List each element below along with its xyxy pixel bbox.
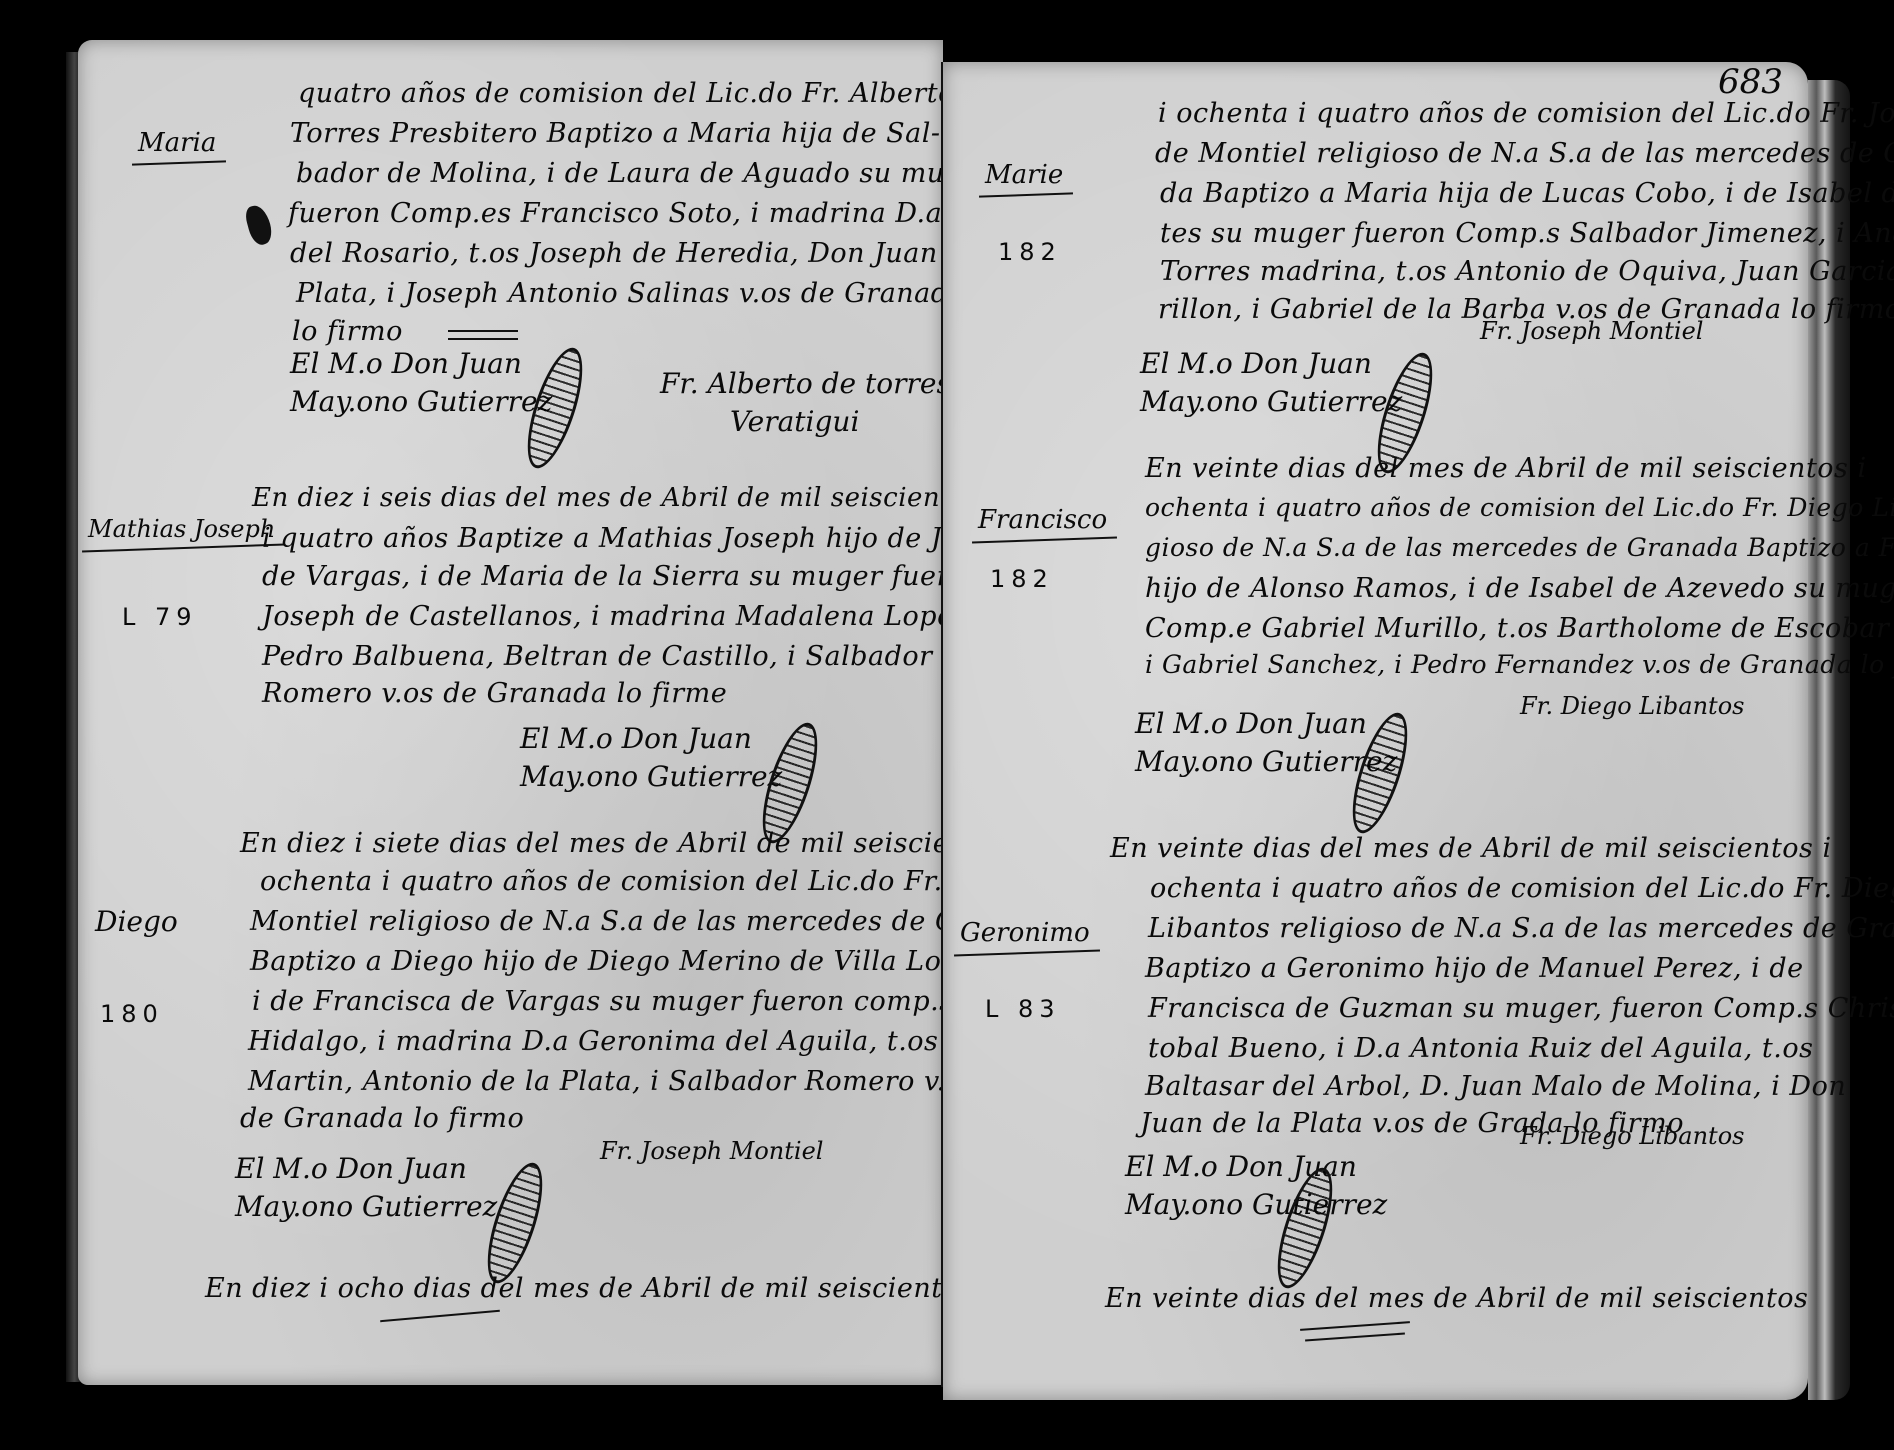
entry-line: i de Francisca de Vargas su muger fueron… [252,988,1061,1015]
signature-block: Fr. Joseph Montiel [600,1135,823,1167]
entry-line: Torres Presbitero Baptizo a Maria hija d… [290,120,941,147]
entry-line: i Gabriel Sanchez, i Pedro Fernandez v.o… [1145,652,1894,677]
entry-line: En veinte dias del mes de Abril de mil s… [1110,835,1832,862]
signature-line: Fr. Alberto de torres [660,365,951,403]
signature-line: El M.o Don Juan [1135,705,1397,743]
entry-line: Martin, Antonio de la Plata, i Salbador … [248,1068,977,1095]
signature-line: Fr. Joseph Montiel [600,1135,823,1167]
entry-line: i ochenta i quatro años de comision del … [1158,100,1894,127]
signature-line: El M.o Don Juan [235,1150,497,1188]
entry-line: i quatro años Baptize a Mathias Joseph h… [262,525,1025,552]
margin-entry-number: 182 [998,238,1062,266]
entry-line: tes su muger fueron Comp.s Salbador Jime… [1160,220,1894,247]
entry-line: En veinte dias del mes de Abril de mil s… [1145,455,1867,482]
signature-block: El M.o Don Juan May.ono Gutierrez [235,1150,497,1226]
signature-block: El M.o Don Juan May.ono Gutierrez [520,720,782,796]
margin-note-geronimo: Geronimo [960,918,1090,948]
entry-line: Hidalgo, i madrina D.a Geronima del Agui… [248,1028,1030,1055]
entry-line: En diez i ocho dias del mes de Abril de … [205,1275,992,1302]
entry-line: de Montiel religioso de N.a S.a de las m… [1155,140,1894,167]
page-number: 683 [1718,62,1783,102]
entry-line: Romero v.os de Granada lo firme [262,680,727,707]
entry-line: ochenta i quatro años de comision del Li… [1150,875,1894,902]
signature-block: Fr. Alberto de torres Veratigui [660,365,951,441]
margin-note-marie: Marie [985,160,1063,190]
signature-line: Fr. Joseph Montiel [1480,315,1703,347]
signature-line: May.ono Gutierrez [1125,1186,1387,1224]
margin-note-francisco: Francisco [978,505,1107,535]
signature-block: Fr. Joseph Montiel [1480,315,1703,347]
entry-line: hijo de Alonso Ramos, i de Isabel de Aze… [1145,575,1894,602]
signature-block: El M.o Don Juan May.ono Gutierrez [1125,1148,1387,1224]
closing-rule [448,338,518,340]
entry-line: gioso de N.a S.a de las mercedes de Gran… [1145,535,1894,560]
signature-block: El M.o Don Juan May.ono Gutierrez [290,345,552,421]
signature-block: El M.o Don Juan May.ono Gutierrez [1140,345,1402,421]
signature-line: May.ono Gutierrez [290,383,552,421]
entry-line: Francisca de Guzman su muger, fueron Com… [1148,995,1894,1022]
entry-line: Comp.e Gabriel Murillo, t.os Bartholome … [1145,615,1890,642]
entry-line: Montiel religioso de N.a S.a de las merc… [250,908,1056,935]
entry-line: del Rosario, t.os Joseph de Heredia, Don… [290,240,1016,267]
entry-line: da Baptizo a Maria hija de Lucas Cobo, i… [1160,180,1894,207]
entry-line: Baltasar del Arbol, D. Juan Malo de Moli… [1145,1073,1846,1100]
signature-block: Fr. Diego Libantos [1520,1120,1744,1152]
signature-line: El M.o Don Juan [1140,345,1402,383]
closing-rule [448,330,518,332]
margin-entry-number: 180 [100,1000,164,1028]
margin-note-maria: Maria [138,128,216,158]
entry-line: En veinte dias del mes de Abril de mil s… [1105,1285,1808,1312]
entry-line: quatro años de comision del Lic.do Fr. A… [298,80,998,107]
entry-line: Baptizo a Geronimo hijo de Manuel Perez,… [1145,955,1804,982]
signature-line: El M.o Don Juan [1125,1148,1387,1186]
signature-line: May.ono Gutierrez [235,1188,497,1226]
entry-line: fueron Comp.es Francisco Soto, i madrina… [288,200,1005,227]
signature-line: May.ono Gutierrez [520,758,782,796]
entry-line: Pedro Balbuena, Beltran de Castillo, i S… [262,643,933,670]
entry-line: tobal Bueno, i D.a Antonia Ruiz del Agui… [1148,1035,1813,1062]
signature-line: El M.o Don Juan [520,720,782,758]
entry-line: ochenta i quatro años de comision del Li… [1145,495,1894,520]
entry-line: Libantos religioso de N.a S.a de las mer… [1148,915,1894,942]
margin-note-mathias-joseph: Mathias Joseph [88,515,275,543]
entry-line: Torres madrina, t.os Antonio de Oquiva, … [1160,258,1894,285]
entry-line: Baptizo a Diego hijo de Diego Merino de … [250,948,990,975]
signature-line: Veratigui [660,403,951,441]
entry-line: Joseph de Castellanos, i madrina Madalen… [262,603,1038,630]
entry-line: bador de Molina, i de Laura de Aguado su… [296,160,992,187]
signature-line: El M.o Don Juan [290,345,552,383]
signature-line: Fr. Diego Libantos [1520,690,1744,722]
margin-note-diego: Diego [95,905,178,938]
entry-line: En diez i siete dias del mes de Abril de… [240,830,1028,857]
margin-entry-number: L 79 [122,603,198,631]
entry-line: ochenta i quatro años de comision del Li… [260,868,1046,895]
margin-entry-number: 182 [990,565,1054,593]
signature-block: Fr. Diego Libantos [1520,690,1744,722]
signature-line: Fr. Diego Libantos [1520,1120,1744,1152]
entry-line: de Granada lo firmo [240,1105,524,1132]
entry-line: lo firmo [292,318,403,345]
entry-line: Plata, i Joseph Antonio Salinas v.os de … [296,280,965,307]
signature-block: El M.o Don Juan May.ono Gutierrez [1135,705,1397,781]
signature-line: May.ono Gutierrez [1140,383,1402,421]
margin-entry-number: L 83 [985,995,1061,1023]
